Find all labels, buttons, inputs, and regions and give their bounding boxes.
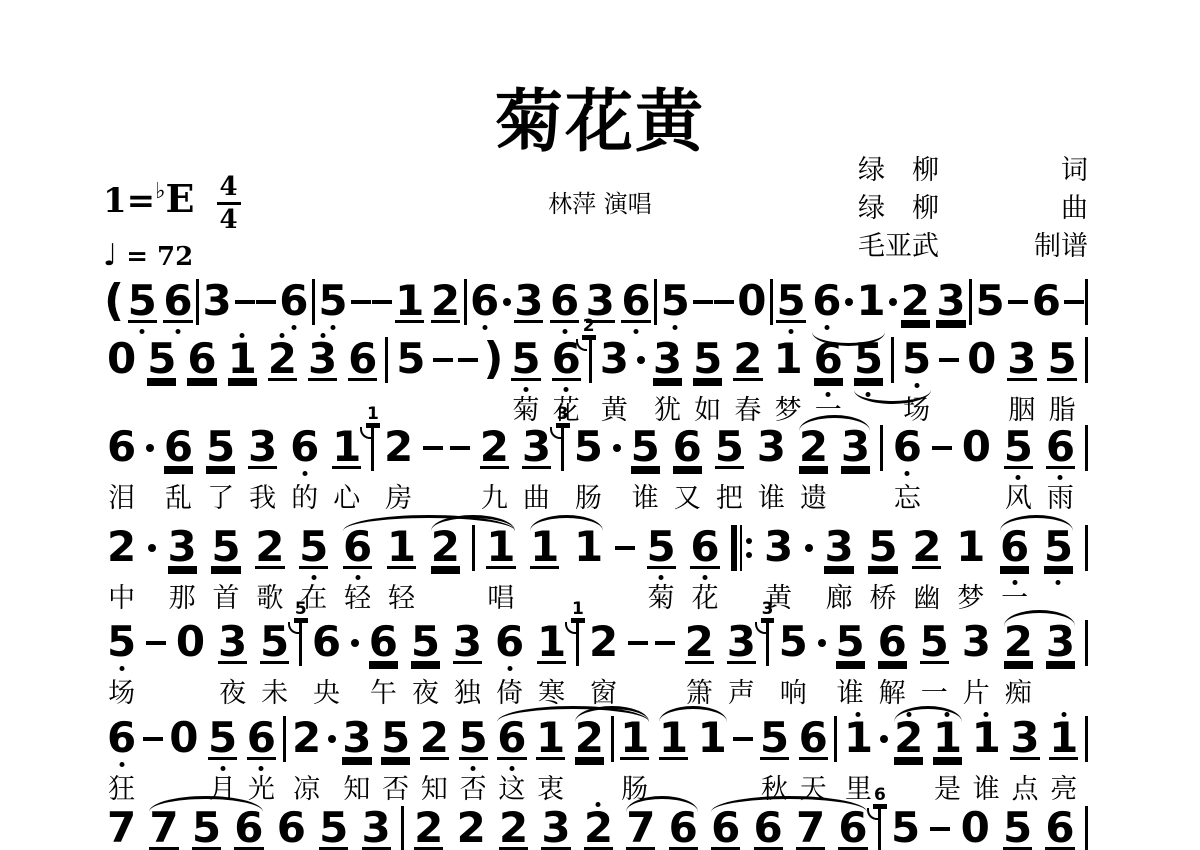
barline (1085, 620, 1088, 666)
lyric: 花 (692, 584, 719, 614)
lyric: 遗 (800, 484, 827, 514)
tempo-marking: ♩ = 72 (103, 241, 241, 271)
note: 2中 (104, 528, 139, 566)
lyric: 一 (1001, 584, 1028, 614)
duration-dash (372, 300, 392, 304)
note: 6 (1029, 282, 1064, 320)
octave-down-dot (1016, 475, 1021, 480)
note: 5首 (208, 528, 243, 569)
note: 5场 (104, 623, 139, 661)
song-title: 菊花黄 (0, 88, 1200, 156)
barline (880, 425, 883, 471)
music-line: 6泪6乱5了3我6的1心21房2九3曲53肠5谁6又5把3谁2遗36忘05风6雨 (104, 428, 1088, 528)
barline (766, 620, 769, 666)
note: 0 (104, 340, 139, 378)
note: 2 (428, 528, 463, 569)
note: 1梦 (770, 340, 805, 378)
note: 3声 (724, 623, 759, 664)
octave-up-dot (856, 712, 861, 717)
note: 0 (959, 428, 994, 466)
barline (1085, 425, 1088, 471)
note: 6 (666, 809, 701, 850)
duration-dash (450, 446, 470, 450)
note: 5 (189, 809, 224, 850)
note: 6泪 (104, 428, 139, 466)
dotted-note-dot (845, 298, 853, 306)
barline (385, 337, 388, 383)
note: 5 (1041, 528, 1076, 569)
octave-down-dot (140, 329, 145, 334)
lyric: 中 (108, 584, 135, 614)
duration-dash (256, 300, 276, 304)
note: 6这 (494, 719, 529, 760)
lyric: 光 (248, 775, 275, 805)
note: 6 (274, 809, 309, 847)
note: 2痴 (1001, 623, 1036, 664)
octave-down-dot (119, 762, 124, 767)
credits: 绿 柳词 绿 柳曲 毛亚武制谱 (858, 152, 1088, 266)
note: 6 (708, 809, 743, 850)
note: 6 (835, 809, 870, 850)
lyric: 独 (454, 679, 481, 709)
lyric: 未 (261, 679, 288, 709)
note: 5桥 (865, 528, 900, 569)
note: 6又 (670, 428, 705, 469)
octave-down-dot (471, 766, 476, 771)
barline (1085, 716, 1088, 762)
lyric: 谁 (837, 679, 864, 709)
lyric: 响 (780, 679, 807, 709)
duration-dash (693, 300, 713, 304)
duration-dash (351, 300, 371, 304)
barline (878, 806, 881, 850)
barline (576, 620, 579, 666)
note: 21窗 (586, 623, 621, 661)
dotted-note-dot (880, 735, 888, 743)
note: 7 (104, 809, 139, 847)
note: 6 (160, 282, 195, 323)
lyric: 房 (385, 484, 412, 514)
duration-dash (932, 446, 952, 450)
octave-down-dot (220, 766, 225, 771)
lyric: 又 (674, 484, 701, 514)
note: 3知 (339, 719, 374, 760)
note: 5否 (456, 719, 491, 760)
note: 5菊 (644, 528, 679, 569)
octave-down-dot (905, 471, 910, 476)
note: 3 (511, 282, 546, 323)
note: 6光 (244, 719, 279, 760)
duration-dash (939, 358, 959, 362)
lyric: 的 (291, 484, 318, 514)
lyric: 风 (1005, 484, 1032, 514)
note: 2歌 (252, 528, 287, 569)
note: 21房 (381, 428, 416, 466)
duration-dash (733, 737, 753, 741)
barline (1085, 279, 1088, 325)
note: 7 (793, 809, 828, 850)
lyric: 一 (921, 679, 948, 709)
lyric: 乱 (165, 484, 192, 514)
note: 2幽 (909, 528, 944, 569)
note: 6 (467, 282, 502, 320)
octave-down-dot (1058, 475, 1063, 480)
note: 0 (173, 623, 208, 661)
note: 1梦 (953, 528, 988, 566)
note: 5把 (712, 428, 747, 469)
score-meta: 1=♭E 4 4 ♩ = 72 (103, 180, 241, 271)
note: 2 (581, 809, 616, 850)
music-line: 5场03夜5未65央6午5夜3独6倚1寒21窗2箫3声53响5谁6解5一3片2痴… (104, 623, 1088, 719)
note: 2遗 (796, 428, 831, 469)
lyric: 狂 (108, 775, 135, 805)
lyric: 箫 (686, 679, 713, 709)
note: 2 (898, 282, 933, 323)
score: (56365126363650561235605612365)5菊6花32黄3犹… (104, 282, 1088, 850)
lyric: 知 (421, 775, 448, 805)
lyric: 谁 (632, 484, 659, 514)
dotted-note-dot (637, 356, 645, 364)
note: 5 (125, 282, 160, 323)
note: 6解 (875, 623, 910, 664)
sheet-music-page: { "title": "菊花黄", "subtitle": "林萍 演唱", "… (0, 0, 1200, 850)
note: 53肠 (571, 428, 606, 466)
lyric: 声 (728, 679, 755, 709)
octave-down-dot (311, 575, 316, 580)
note: 0 (166, 719, 201, 757)
note: 1 (853, 282, 888, 320)
music-line: 6狂05月6光2凉3知5否2知5否6这1衷21肠115秋6天1里21是1谁3点1… (104, 719, 1088, 809)
octave-down-dot (507, 666, 512, 671)
barline (1085, 337, 1088, 383)
octave-down-dot (824, 325, 829, 330)
lyric: 解 (879, 679, 906, 709)
octave-down-dot (564, 387, 569, 392)
music-line: 77566532223276667656056 (104, 809, 1088, 850)
note: 5 (393, 340, 428, 378)
lyric: 窗 (590, 679, 617, 709)
duration-dash (143, 737, 163, 741)
barline (401, 806, 404, 850)
music-line: 2中3那5首2歌5在6轻1轻21唱115菊6花3黄3廊5桥2幽1梦6一5 (104, 528, 1088, 623)
lyric: 泪 (108, 484, 135, 514)
lyric: 肠 (575, 484, 602, 514)
octave-down-dot (175, 329, 180, 334)
note: 2春 (730, 340, 765, 381)
note: 5 (773, 282, 808, 323)
lyric: 桥 (869, 584, 896, 614)
note: 0 (958, 809, 993, 847)
octave-down-dot (633, 329, 638, 334)
note: 5风 (1001, 428, 1036, 469)
note: 1 (392, 282, 427, 323)
lyric: 梦 (957, 584, 984, 614)
grace-note: 3 (556, 406, 570, 425)
parenthesis: ( (104, 282, 124, 320)
note: 6倚 (492, 623, 527, 661)
octave-down-dot (659, 575, 664, 580)
note: 1 (225, 340, 260, 381)
quarter-note-icon: ♩ (103, 238, 117, 273)
lyric: 轻 (344, 584, 371, 614)
lyricist-credit: 绿 柳词 (858, 152, 1088, 190)
note: 5 (1000, 809, 1035, 850)
octave-down-dot (914, 383, 919, 388)
lyric: 否 (382, 775, 409, 805)
note: 3 (305, 340, 340, 381)
note: 6雨 (1043, 428, 1078, 469)
octave-down-dot (673, 325, 678, 330)
lyric: 廊 (826, 584, 853, 614)
note: 7 (146, 809, 181, 850)
lyric: 曲 (523, 484, 550, 514)
note: 1里 (841, 719, 876, 757)
note: 6 (547, 282, 582, 323)
octave-down-dot (259, 766, 264, 771)
note: 3谁 (754, 428, 789, 466)
octave-up-dot (1061, 712, 1066, 717)
lyric: 把 (716, 484, 743, 514)
octave-up-dot (984, 712, 989, 717)
note: 6 (1042, 809, 1077, 850)
note: 6午 (366, 623, 401, 664)
octave-down-dot (524, 387, 529, 392)
duration-dash (1064, 300, 1084, 304)
lyric: 谁 (973, 775, 1000, 805)
barline (1085, 525, 1088, 571)
note: 3 (838, 428, 873, 469)
note: 5未 (257, 623, 292, 664)
transcriber-credit: 毛亚武制谱 (858, 228, 1088, 266)
note: 1是 (930, 719, 965, 760)
grace-note: 1 (366, 406, 380, 425)
lyric: 知 (343, 775, 370, 805)
repeat-start-sign (731, 525, 752, 571)
dotted-note-dot (805, 544, 813, 552)
note: 1心 (329, 428, 364, 469)
lyric: 夜 (219, 679, 246, 709)
barline (1085, 806, 1088, 850)
lyric: 这 (498, 775, 525, 805)
lyric: 了 (207, 484, 234, 514)
barline (371, 425, 374, 471)
note: 3夜 (215, 623, 250, 664)
flat-icon: ♭ (155, 178, 165, 204)
note: 6 (184, 340, 219, 381)
note: 5月 (205, 719, 240, 760)
grace-note: 6 (873, 787, 887, 806)
note: 5在 (296, 528, 331, 569)
lyric: 场 (108, 679, 135, 709)
dotted-note-dot (148, 544, 156, 552)
note: 53响 (776, 623, 811, 661)
octave-up-dot (240, 333, 245, 338)
octave-down-dot (302, 471, 307, 476)
note: 6轻 (340, 528, 375, 569)
barline (472, 525, 475, 571)
lyric: 歌 (256, 584, 283, 614)
note: 5 (144, 340, 179, 381)
note: 6 (618, 282, 653, 323)
octave-down-dot (355, 575, 360, 580)
octave-down-dot (1056, 580, 1061, 585)
composer-credit: 绿 柳曲 (858, 190, 1088, 228)
lyric: 倚 (496, 679, 523, 709)
note: 3那 (165, 528, 200, 569)
dotted-note-dot (146, 444, 154, 452)
note: 7 (623, 809, 658, 850)
note: 6忘 (890, 428, 925, 466)
grace-note: 3 (761, 601, 775, 620)
lyric: 午 (370, 679, 397, 709)
note: 6花 (687, 528, 722, 569)
note: 6 (345, 340, 380, 381)
note: 2 (891, 719, 926, 760)
note: 6乱 (161, 428, 196, 469)
note: 5夜 (408, 623, 443, 664)
grace-note: 5 (294, 601, 308, 620)
octave-down-dot (509, 766, 514, 771)
note: 6一 (997, 528, 1032, 569)
octave-up-dot (280, 333, 285, 338)
lyric: 夜 (412, 679, 439, 709)
note: 0 (734, 282, 769, 320)
note: 2 (428, 282, 463, 323)
note: 5 (973, 282, 1008, 320)
lyric: 雨 (1047, 484, 1074, 514)
note: 1轻 (384, 528, 419, 569)
note: 5一 (917, 623, 952, 664)
lyric: 点 (1011, 775, 1038, 805)
note: 2九 (477, 428, 512, 469)
lyric: 我 (249, 484, 276, 514)
note: 3 (1043, 623, 1078, 664)
octave-down-dot (482, 325, 487, 330)
octave-down-dot (703, 575, 708, 580)
parenthesis: ) (483, 340, 503, 378)
note: 1谁 (969, 719, 1004, 757)
note: 5谁 (628, 428, 663, 469)
lyric: 九 (481, 484, 508, 514)
lyric: 首 (213, 584, 240, 614)
note: 2 (265, 340, 300, 381)
note: 3廊 (821, 528, 856, 569)
lyric: 央 (313, 679, 340, 709)
music-line: 05612365)5菊6花32黄3犹5如2春1梦6一55场03胭5脂 (104, 340, 1088, 428)
note: 3 (933, 282, 968, 323)
note: 3点 (1007, 719, 1042, 760)
note: 3 (200, 282, 235, 320)
note: 1 (527, 528, 562, 569)
music-line: (563651263636505612356 (104, 282, 1088, 340)
lyric: 幽 (913, 584, 940, 614)
lyric: 亮 (1050, 775, 1077, 805)
lyric: 那 (169, 584, 196, 614)
duration-dash (458, 358, 478, 362)
dotted-note-dot (351, 639, 359, 647)
duration-dash (1008, 300, 1028, 304)
lyric: 谁 (758, 484, 785, 514)
lyric: 轻 (388, 584, 415, 614)
note: 65央 (309, 623, 344, 661)
note: 6天 (796, 719, 831, 760)
octave-down-dot (291, 325, 296, 330)
note: 3独 (450, 623, 485, 664)
dotted-note-dot (613, 444, 621, 452)
lyric: 是 (934, 775, 961, 805)
note: 6的 (287, 428, 322, 466)
note: 5脂 (1044, 340, 1079, 381)
note: 3片 (959, 623, 994, 661)
note: 6 (231, 809, 266, 850)
dotted-note-dot (328, 735, 336, 743)
lyric: 痴 (1005, 679, 1032, 709)
duration-dash (235, 300, 255, 304)
lyric: 衷 (537, 775, 564, 805)
barline (283, 716, 286, 762)
grace-note: 2 (582, 318, 596, 337)
barline (834, 716, 837, 762)
note: 1衷 (533, 719, 568, 760)
note: 6一 (811, 340, 846, 381)
note: 3 (538, 809, 573, 850)
note: 5场 (899, 340, 934, 378)
note: 1唱 (483, 528, 518, 569)
dotted-note-dot (889, 298, 897, 306)
note: 32黄 (597, 340, 632, 378)
note: 2 (411, 809, 446, 850)
note: 5菊 (508, 340, 543, 381)
note: 1 (656, 719, 691, 760)
lyric: 黄 (601, 396, 628, 426)
octave-down-dot (119, 666, 124, 671)
note: 5 (851, 340, 886, 381)
note: 6狂 (104, 719, 139, 757)
duration-dash (655, 641, 675, 645)
note: 5否 (378, 719, 413, 760)
duration-dash (433, 358, 453, 362)
note: 3我 (245, 428, 280, 469)
lyric: 片 (963, 679, 990, 709)
note: 5了 (203, 428, 238, 469)
lyric: 菊 (648, 584, 675, 614)
note: 5 (658, 282, 693, 320)
note: 5秋 (757, 719, 792, 760)
note: 3黄 (761, 528, 796, 566)
note: 0 (964, 340, 999, 378)
barline (589, 337, 592, 383)
lyric: 凉 (293, 775, 320, 805)
duration-dash (714, 300, 734, 304)
barline (891, 337, 894, 383)
note: 1 (695, 719, 730, 757)
note: 2 (496, 809, 531, 850)
duration-dash (628, 641, 648, 645)
note: 6 (809, 282, 844, 320)
key-signature: 1=♭E (103, 180, 195, 218)
octave-down-dot (331, 325, 336, 330)
note: 2知 (417, 719, 452, 760)
note: 1亮 (1046, 719, 1081, 760)
note: 2箫 (682, 623, 717, 664)
note: 3 (359, 809, 394, 850)
lyric: 寒 (538, 679, 565, 709)
note: 6 (751, 809, 786, 850)
note: 5如 (690, 340, 725, 381)
note: 1 (571, 528, 606, 566)
octave-up-dot (596, 802, 601, 807)
duration-dash (615, 546, 635, 550)
